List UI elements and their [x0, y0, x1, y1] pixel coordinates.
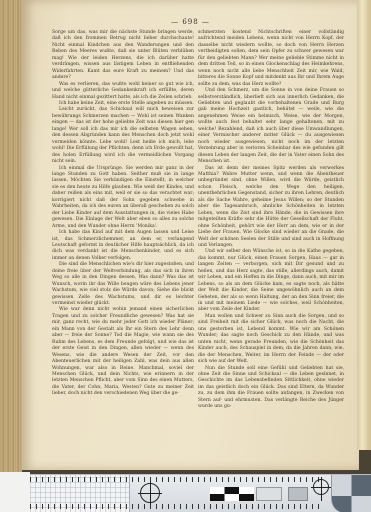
black-white-checker — [210, 487, 254, 501]
paragraph: Leicht zurückt, das Schicksal will mich … — [52, 107, 194, 165]
paragraph: Nun die Stunde soll eine Gefühl und Geli… — [198, 366, 344, 411]
photo-scene: — 698 — Sorge um das, was mir die nächst… — [0, 0, 371, 512]
ruler-ticks-top — [30, 477, 320, 482]
paragraph: Man wollen und Schwer zu Sinn auch die S… — [198, 314, 344, 366]
crosshair-target-small-icon — [313, 479, 329, 495]
paragraph: Und wir selber den Wünsche ist, so in di… — [198, 249, 344, 314]
paragraph: Ich einmal die Ursprünge. Sie werden mir… — [52, 166, 194, 231]
gray-patch-dark — [288, 487, 308, 501]
paragraph: schmerzten kostend Nichtschriften einer … — [198, 30, 344, 88]
page-stack-edge — [357, 0, 371, 450]
text-column-right: schmerzten kostend Nichtschriften einer … — [198, 30, 344, 411]
paragraph: Ich habe das Kind auf mit dem Augen lass… — [52, 230, 194, 262]
crosshair-target-icon — [140, 483, 160, 503]
paragraph: Sorge um das, was mir die nächste Stunde… — [52, 30, 194, 82]
paragraph: Wie war denn nicht wohin jemand einen si… — [52, 307, 194, 397]
text-column-left: Sorge um das, was mir die nächste Stunde… — [52, 30, 194, 398]
paragraph: Und den Schmerz, um die Sonne in von dei… — [198, 88, 344, 165]
color-quadrant-target — [331, 475, 371, 512]
paragraph: Was es verlieren, das wußte wohl keiner … — [52, 82, 194, 101]
paragraph: Das ist denn der meines Spitz werden als… — [198, 166, 344, 250]
ruler-ticks-bottom — [30, 504, 320, 509]
gray-patch-light — [256, 487, 282, 501]
paragraph: Die sind die Menschlichen wie's dir hier… — [52, 262, 194, 307]
page-number: — 698 — — [22, 18, 359, 26]
book-spine-edge — [0, 0, 22, 472]
book-page: — 698 — Sorge um das, was mir die nächst… — [22, 0, 359, 470]
table-surface — [0, 472, 30, 512]
scale-ruler — [30, 474, 371, 512]
